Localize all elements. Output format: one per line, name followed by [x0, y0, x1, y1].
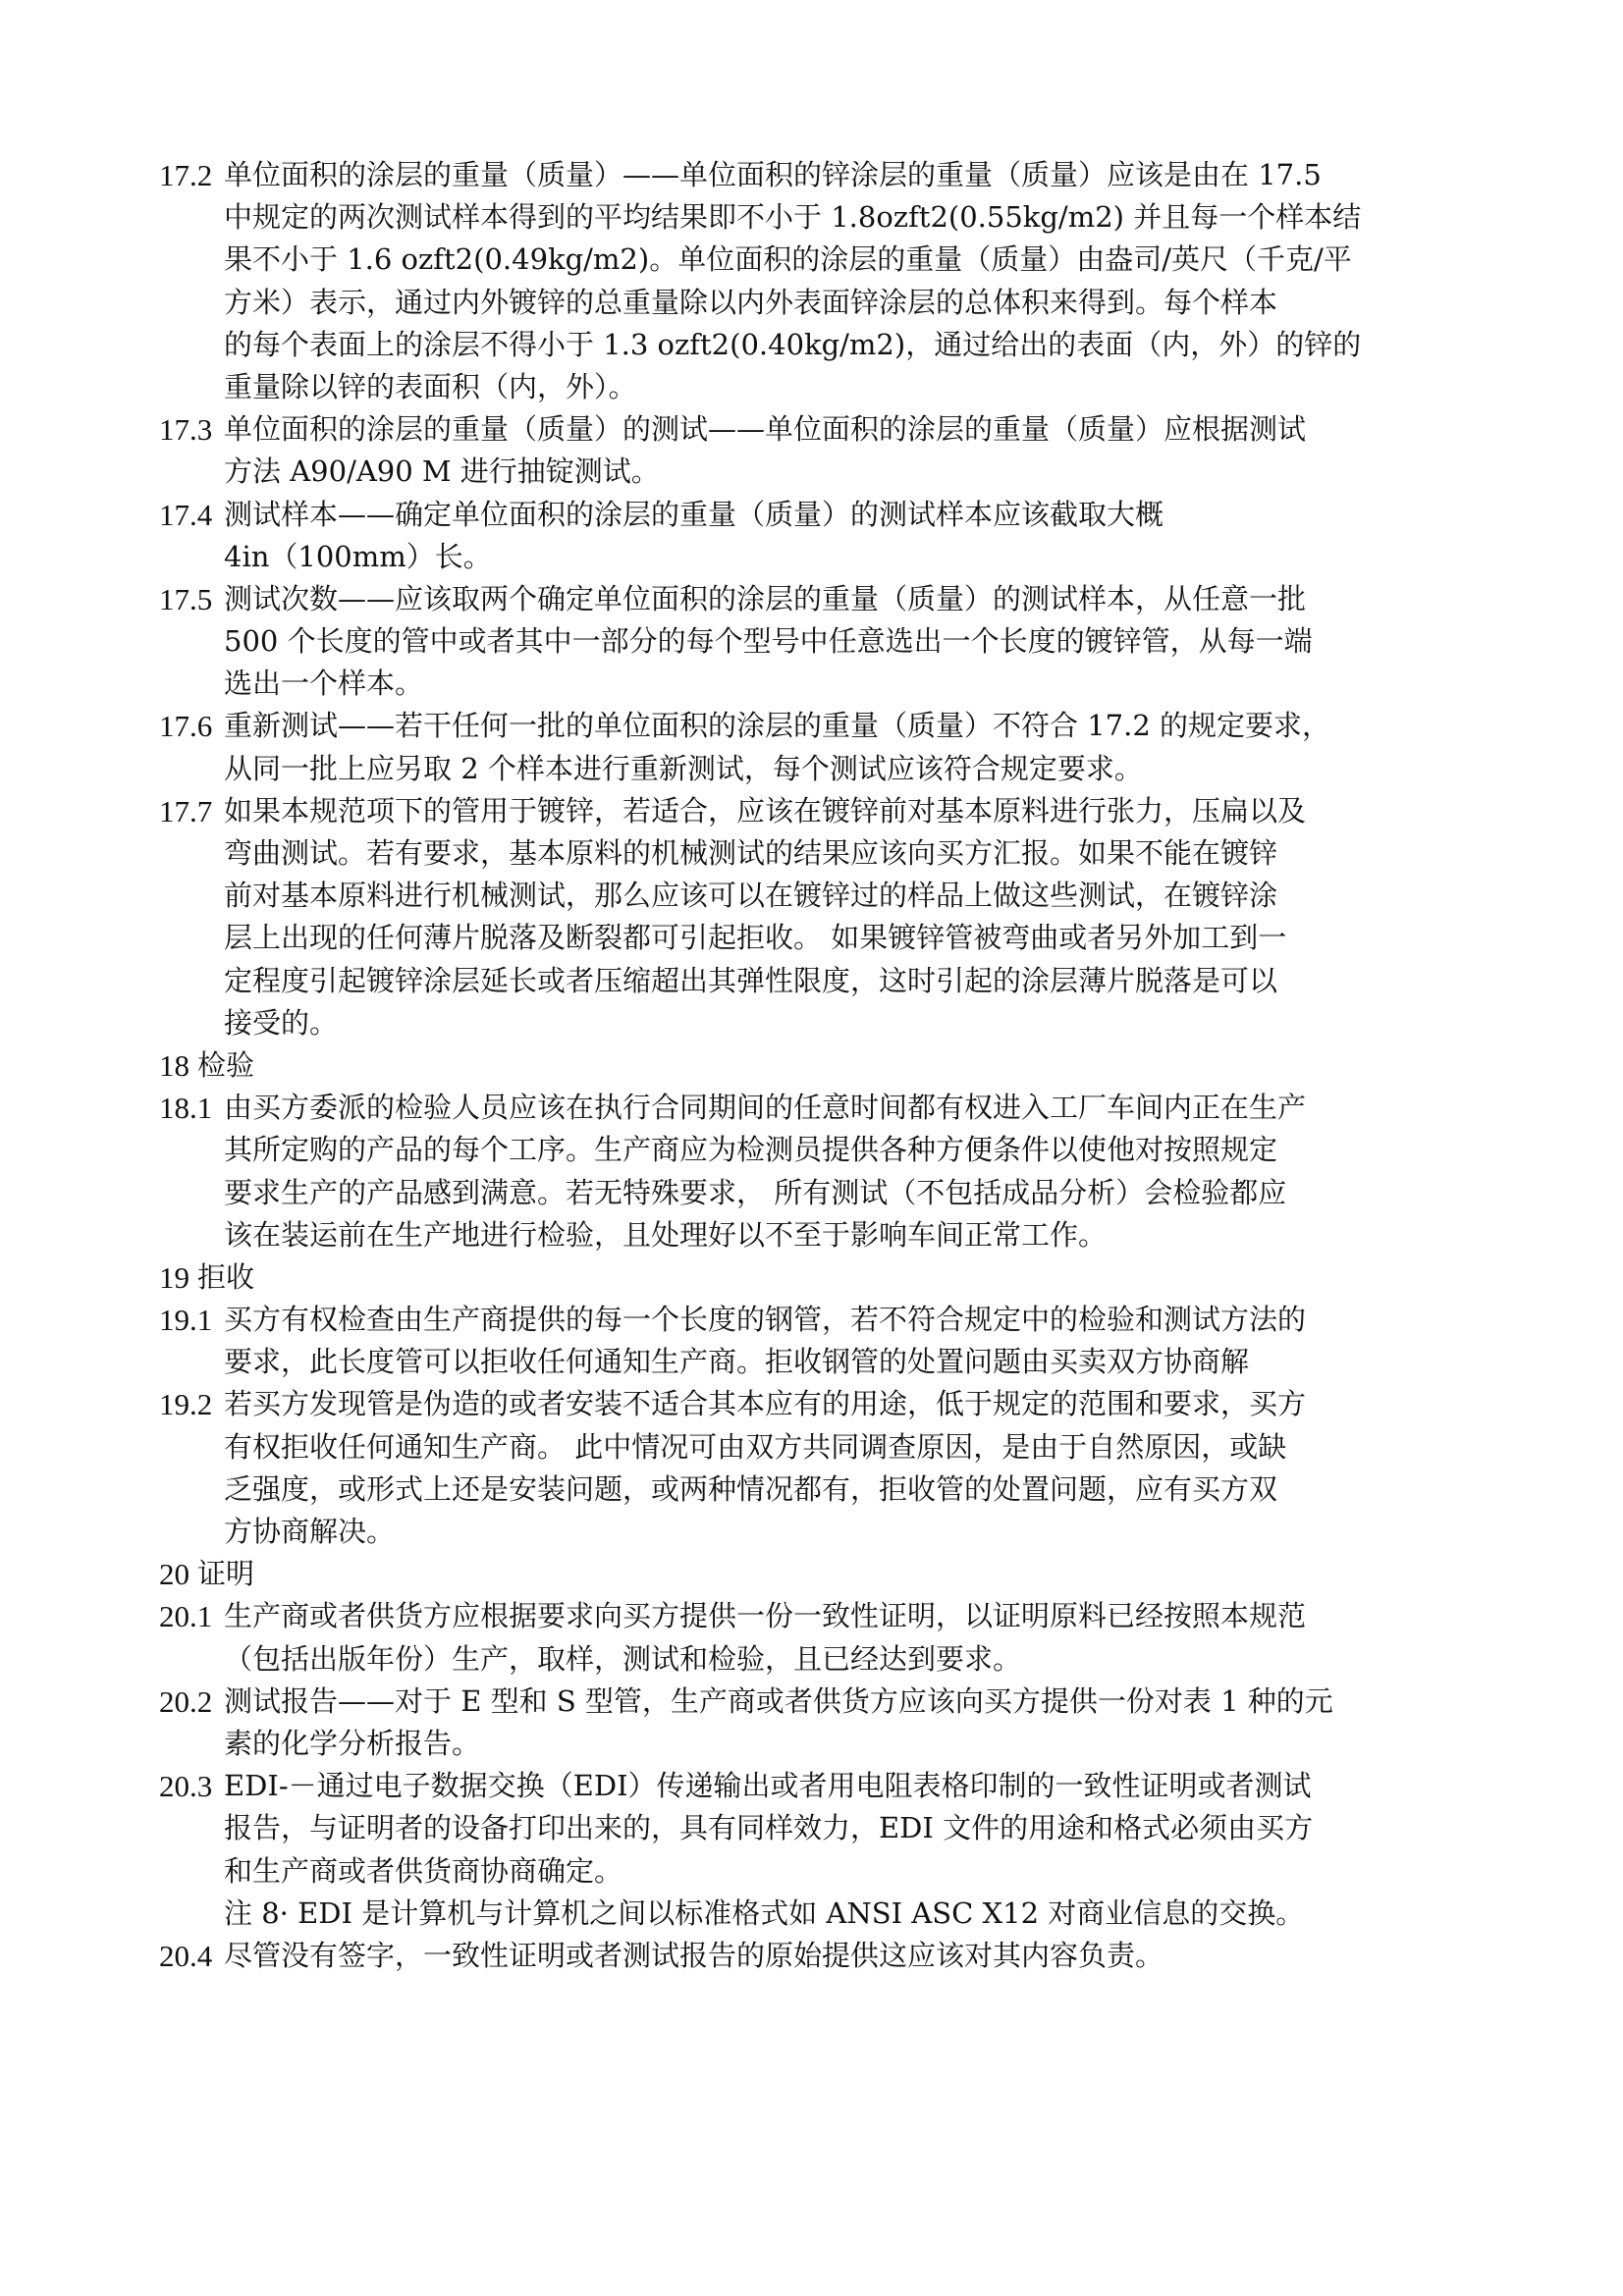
text-line: 有权拒收任何通知生产商。 此中情况可由双方共同调查原因，是由于自然原因，或缺 — [224, 1426, 1480, 1468]
text-line: 该在装运前在生产地进行检验，且处理好以不至于影响车间正常工作。 — [224, 1214, 1480, 1256]
clause-number: 17.4 — [159, 494, 224, 578]
text-line: 如果本规范项下的管用于镀锌，若适合，应该在镀锌前对基本原料进行张力，压扁以及 — [224, 790, 1480, 832]
text-line: 前对基本原料进行机械测试，那么应该可以在镀锌过的样品上做这些测试，在镀锌涂 — [224, 875, 1480, 917]
clause-number: 17.5 — [159, 578, 224, 706]
clause-text: 如果本规范项下的管用于镀锌，若适合，应该在镀锌前对基本原料进行张力，压扁以及 弯… — [224, 790, 1480, 1044]
text-line: 单位面积的涂层的重量（质量）——单位面积的锌涂层的重量（质量）应该是由在 17.… — [224, 154, 1480, 196]
clause-text: 单位面积的涂层的重量（质量）的测试——单位面积的涂层的重量（质量）应根据测试 方… — [224, 408, 1480, 493]
text-line: 从同一批上应另取 2 个样本进行重新测试，每个测试应该符合规定要求。 — [224, 748, 1480, 790]
section-title: 检验 — [197, 1044, 254, 1087]
text-line: 重量除以锌的表面积（内，外）。 — [224, 366, 1480, 408]
clause-number: 18.1 — [159, 1087, 224, 1256]
clause-20-4: 20.4 尽管没有签字，一致性证明或者测试报告的原始提供这应该对其内容负责。 — [159, 1935, 1480, 1977]
text-line: 素的化学分析报告。 — [224, 1723, 1480, 1765]
clause-number: 19.1 — [159, 1299, 224, 1383]
section-heading-20: 20 证明 — [159, 1553, 1480, 1595]
section-heading-18: 18 检验 — [159, 1044, 1480, 1087]
clause-text: 测试次数——应该取两个确定单位面积的涂层的重量（质量）的测试样本，从任意一批 5… — [224, 578, 1480, 706]
text-line: 由买方委派的检验人员应该在执行合同期间的任意时间都有权进入工厂车间内正在生产 — [224, 1087, 1480, 1129]
text-line: 生产商或者供货方应根据要求向买方提供一份一致性证明，以证明原料已经按照本规范 — [224, 1595, 1480, 1637]
text-line: 要求，此长度管可以拒收任何通知生产商。拒收钢管的处置问题由买卖双方协商解 — [224, 1341, 1480, 1383]
clause-17-2: 17.2 单位面积的涂层的重量（质量）——单位面积的锌涂层的重量（质量）应该是由… — [159, 154, 1480, 408]
text-line: 的每个表面上的涂层不得小于 1.3 ozft2(0.40kg/m2)，通过给出的… — [224, 324, 1480, 366]
text-line: 报告，与证明者的设备打印出来的，具有同样效力，EDI 文件的用途和格式必须由买方 — [224, 1807, 1480, 1849]
text-line: 500 个长度的管中或者其中一部分的每个型号中任意选出一个长度的镀锌管，从每一端 — [224, 620, 1480, 663]
section-title: 拒收 — [197, 1256, 254, 1299]
clause-number: 20.1 — [159, 1595, 224, 1680]
clause-number: 17.3 — [159, 408, 224, 493]
clause-number: 17.7 — [159, 790, 224, 1044]
text-line: 中规定的两次测试样本得到的平均结果即不小于 1.8ozft2(0.55kg/m2… — [224, 196, 1480, 239]
clause-number: 19.2 — [159, 1383, 224, 1553]
section-number: 19 — [159, 1256, 189, 1299]
text-line: 果不小于 1.6 ozft2(0.49kg/m2)。单位面积的涂层的重量（质量）… — [224, 239, 1480, 281]
text-line: （包括出版年份）生产，取样，测试和检验，且已经达到要求。 — [224, 1638, 1480, 1681]
clause-text: 单位面积的涂层的重量（质量）——单位面积的锌涂层的重量（质量）应该是由在 17.… — [224, 154, 1480, 408]
text-line: 乏强度，或形式上还是安装问题，或两种情况都有，拒收管的处置问题，应有买方双 — [224, 1468, 1480, 1511]
section-title: 证明 — [197, 1553, 254, 1595]
document-page: 17.2 单位面积的涂层的重量（质量）——单位面积的锌涂层的重量（质量）应该是由… — [159, 154, 1480, 1977]
clause-text: EDI-－通过电子数据交换（EDI）传递输出或者用电阻表格印制的一致性证明或者测… — [224, 1765, 1480, 1893]
clause-20-1: 20.1 生产商或者供货方应根据要求向买方提供一份一致性证明，以证明原料已经按照… — [159, 1595, 1480, 1680]
text-line: 方法 A90/A90 M 进行抽锭测试。 — [224, 451, 1480, 493]
note-8: 注 8· EDI 是计算机与计算机之间以标准格式如 ANSI ASC X12 对… — [159, 1893, 1480, 1935]
clause-17-4: 17.4 测试样本——确定单位面积的涂层的重量（质量）的测试样本应该截取大概 4… — [159, 494, 1480, 578]
clause-number: 20.3 — [159, 1765, 224, 1893]
text-line: EDI-－通过电子数据交换（EDI）传递输出或者用电阻表格印制的一致性证明或者测… — [224, 1765, 1480, 1807]
text-line: 方协商解决。 — [224, 1511, 1480, 1553]
clause-17-5: 17.5 测试次数——应该取两个确定单位面积的涂层的重量（质量）的测试样本，从任… — [159, 578, 1480, 706]
text-line: 4in（100mm）长。 — [224, 536, 1480, 578]
text-line: 重新测试——若干任何一批的单位面积的涂层的重量（质量）不符合 17.2 的规定要… — [224, 705, 1480, 747]
text-line: 单位面积的涂层的重量（质量）的测试——单位面积的涂层的重量（质量）应根据测试 — [224, 408, 1480, 451]
text-line: 尽管没有签字，一致性证明或者测试报告的原始提供这应该对其内容负责。 — [224, 1935, 1480, 1977]
text-line: 买方有权检查由生产商提供的每一个长度的钢管，若不符合规定中的检验和测试方法的 — [224, 1299, 1480, 1341]
text-line: 选出一个样本。 — [224, 663, 1480, 705]
text-line: 若买方发现管是伪造的或者安装不适合其本应有的用途，低于规定的范围和要求，买方 — [224, 1383, 1480, 1425]
clause-17-7: 17.7 如果本规范项下的管用于镀锌，若适合，应该在镀锌前对基本原料进行张力，压… — [159, 790, 1480, 1044]
clause-number: 20.4 — [159, 1935, 224, 1977]
clause-17-3: 17.3 单位面积的涂层的重量（质量）的测试——单位面积的涂层的重量（质量）应根… — [159, 408, 1480, 493]
clause-20-2: 20.2 测试报告——对于 E 型和 S 型管，生产商或者供货方应该向买方提供一… — [159, 1681, 1480, 1765]
clause-17-6: 17.6 重新测试——若干任何一批的单位面积的涂层的重量（质量）不符合 17.2… — [159, 705, 1480, 789]
clause-20-3: 20.3 EDI-－通过电子数据交换（EDI）传递输出或者用电阻表格印制的一致性… — [159, 1765, 1480, 1893]
text-line: 层上出现的任何薄片脱落及断裂都可引起拒收。 如果镀锌管被弯曲或者另外加工到一 — [224, 917, 1480, 959]
text-line: 测试报告——对于 E 型和 S 型管，生产商或者供货方应该向买方提供一份对表 1… — [224, 1681, 1480, 1723]
text-line: 定程度引起镀锌涂层延长或者压缩超出其弹性限度，这时引起的涂层薄片脱落是可以 — [224, 960, 1480, 1002]
text-line: 要求生产的产品感到满意。若无特殊要求， 所有测试（不包括成品分析）会检验都应 — [224, 1172, 1480, 1214]
clause-19-1: 19.1 买方有权检查由生产商提供的每一个长度的钢管，若不符合规定中的检验和测试… — [159, 1299, 1480, 1383]
clause-text: 买方有权检查由生产商提供的每一个长度的钢管，若不符合规定中的检验和测试方法的 要… — [224, 1299, 1480, 1383]
section-number: 20 — [159, 1553, 189, 1595]
text-line: 和生产商或者供货商协商确定。 — [224, 1850, 1480, 1893]
text-line: 测试次数——应该取两个确定单位面积的涂层的重量（质量）的测试样本，从任意一批 — [224, 578, 1480, 620]
clause-text: 生产商或者供货方应根据要求向买方提供一份一致性证明，以证明原料已经按照本规范 （… — [224, 1595, 1480, 1680]
text-line: 弯曲测试。若有要求，基本原料的机械测试的结果应该向买方汇报。如果不能在镀锌 — [224, 832, 1480, 875]
clause-text: 测试样本——确定单位面积的涂层的重量（质量）的测试样本应该截取大概 4in（10… — [224, 494, 1480, 578]
section-number: 18 — [159, 1044, 189, 1087]
clause-18-1: 18.1 由买方委派的检验人员应该在执行合同期间的任意时间都有权进入工厂车间内正… — [159, 1087, 1480, 1256]
text-line: 测试样本——确定单位面积的涂层的重量（质量）的测试样本应该截取大概 — [224, 494, 1480, 536]
text-line: 方米）表示，通过内外镀锌的总重量除以内外表面锌涂层的总体积来得到。每个样本 — [224, 282, 1480, 324]
note-text: 注 8· EDI 是计算机与计算机之间以标准格式如 ANSI ASC X12 对… — [224, 1893, 1480, 1935]
clause-number: 17.2 — [159, 154, 224, 408]
clause-text: 尽管没有签字，一致性证明或者测试报告的原始提供这应该对其内容负责。 — [224, 1935, 1480, 1977]
clause-text: 由买方委派的检验人员应该在执行合同期间的任意时间都有权进入工厂车间内正在生产 其… — [224, 1087, 1480, 1256]
section-heading-19: 19 拒收 — [159, 1256, 1480, 1299]
clause-text: 若买方发现管是伪造的或者安装不适合其本应有的用途，低于规定的范围和要求，买方 有… — [224, 1383, 1480, 1553]
clause-text: 测试报告——对于 E 型和 S 型管，生产商或者供货方应该向买方提供一份对表 1… — [224, 1681, 1480, 1765]
text-line: 接受的。 — [224, 1002, 1480, 1044]
clause-number: 17.6 — [159, 705, 224, 789]
clause-19-2: 19.2 若买方发现管是伪造的或者安装不适合其本应有的用途，低于规定的范围和要求… — [159, 1383, 1480, 1553]
text-line: 其所定购的产品的每个工序。生产商应为检测员提供各种方便条件以使他对按照规定 — [224, 1129, 1480, 1171]
clause-number: 20.2 — [159, 1681, 224, 1765]
clause-text: 重新测试——若干任何一批的单位面积的涂层的重量（质量）不符合 17.2 的规定要… — [224, 705, 1480, 789]
